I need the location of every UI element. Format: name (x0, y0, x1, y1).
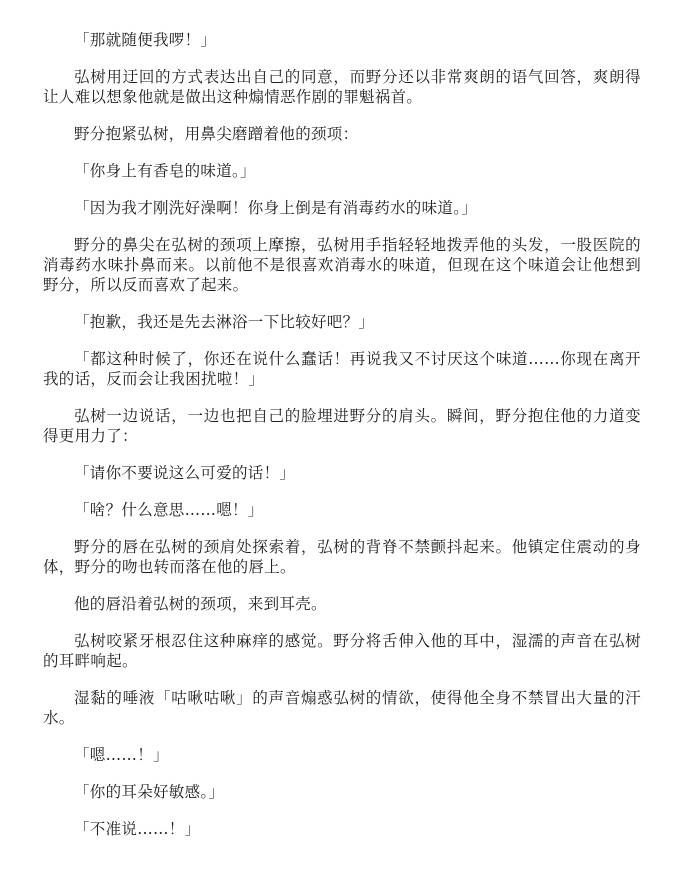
paragraph-narration: 他的唇沿着弘树的颈项，来到耳壳。 (43, 594, 641, 614)
paragraph-narration: 野分的唇在弘树的颈肩处探索着，弘树的背脊不禁颤抖起来。他镇定住震动的身体，野分的… (43, 537, 641, 577)
paragraph-narration: 弘树咬紧牙根忍住这种麻痒的感觉。野分将舌伸入他的耳中，湿濡的声音在弘树的耳畔响起… (43, 631, 641, 671)
paragraph-narration: 湿黏的唾液「咕啾咕啾」的声音煽惑弘树的情欲，使得他全身不禁冒出大量的汗水。 (43, 688, 641, 728)
paragraph-dialogue: 「不准说……！」 (43, 819, 641, 839)
paragraph-narration: 野分抱紧弘树，用鼻尖磨蹭着他的颈项： (43, 124, 641, 144)
paragraph-dialogue: 「抱歉，我还是先去淋浴一下比较好吧？」 (43, 312, 641, 332)
paragraph-dialogue: 「请你不要说这么可爱的话！」 (43, 463, 641, 483)
paragraph-dialogue: 「因为我才刚洗好澡啊！你身上倒是有消毒药水的味道。」 (43, 198, 641, 218)
paragraph-narration: 野分的鼻尖在弘树的颈项上摩擦，弘树用手指轻轻地拨弄他的头发，一股医院的消毒药水味… (43, 235, 641, 295)
document-page: 「那就随便我啰！」 弘树用迂回的方式表达出自己的同意，而野分还以非常爽朗的语气回… (43, 30, 641, 856)
paragraph-dialogue: 「嗯……！」 (43, 745, 641, 765)
paragraph-dialogue: 「你身上有香皂的味道。」 (43, 161, 641, 181)
paragraph-narration: 弘树用迂回的方式表达出自己的同意，而野分还以非常爽朗的语气回答，爽朗得让人难以想… (43, 67, 641, 107)
paragraph-narration: 弘树一边说话，一边也把自己的脸埋进野分的肩头。瞬间，野分抱住他的力道变得更用力了… (43, 406, 641, 446)
paragraph-dialogue: 「都这种时候了，你还在说什么蠢话！再说我又不讨厌这个味道……你现在离开我的话，反… (43, 349, 641, 389)
paragraph-dialogue: 「你的耳朵好敏感。」 (43, 782, 641, 802)
paragraph-dialogue: 「那就随便我啰！」 (43, 30, 641, 50)
paragraph-dialogue: 「啥？什么意思……嗯！」 (43, 500, 641, 520)
